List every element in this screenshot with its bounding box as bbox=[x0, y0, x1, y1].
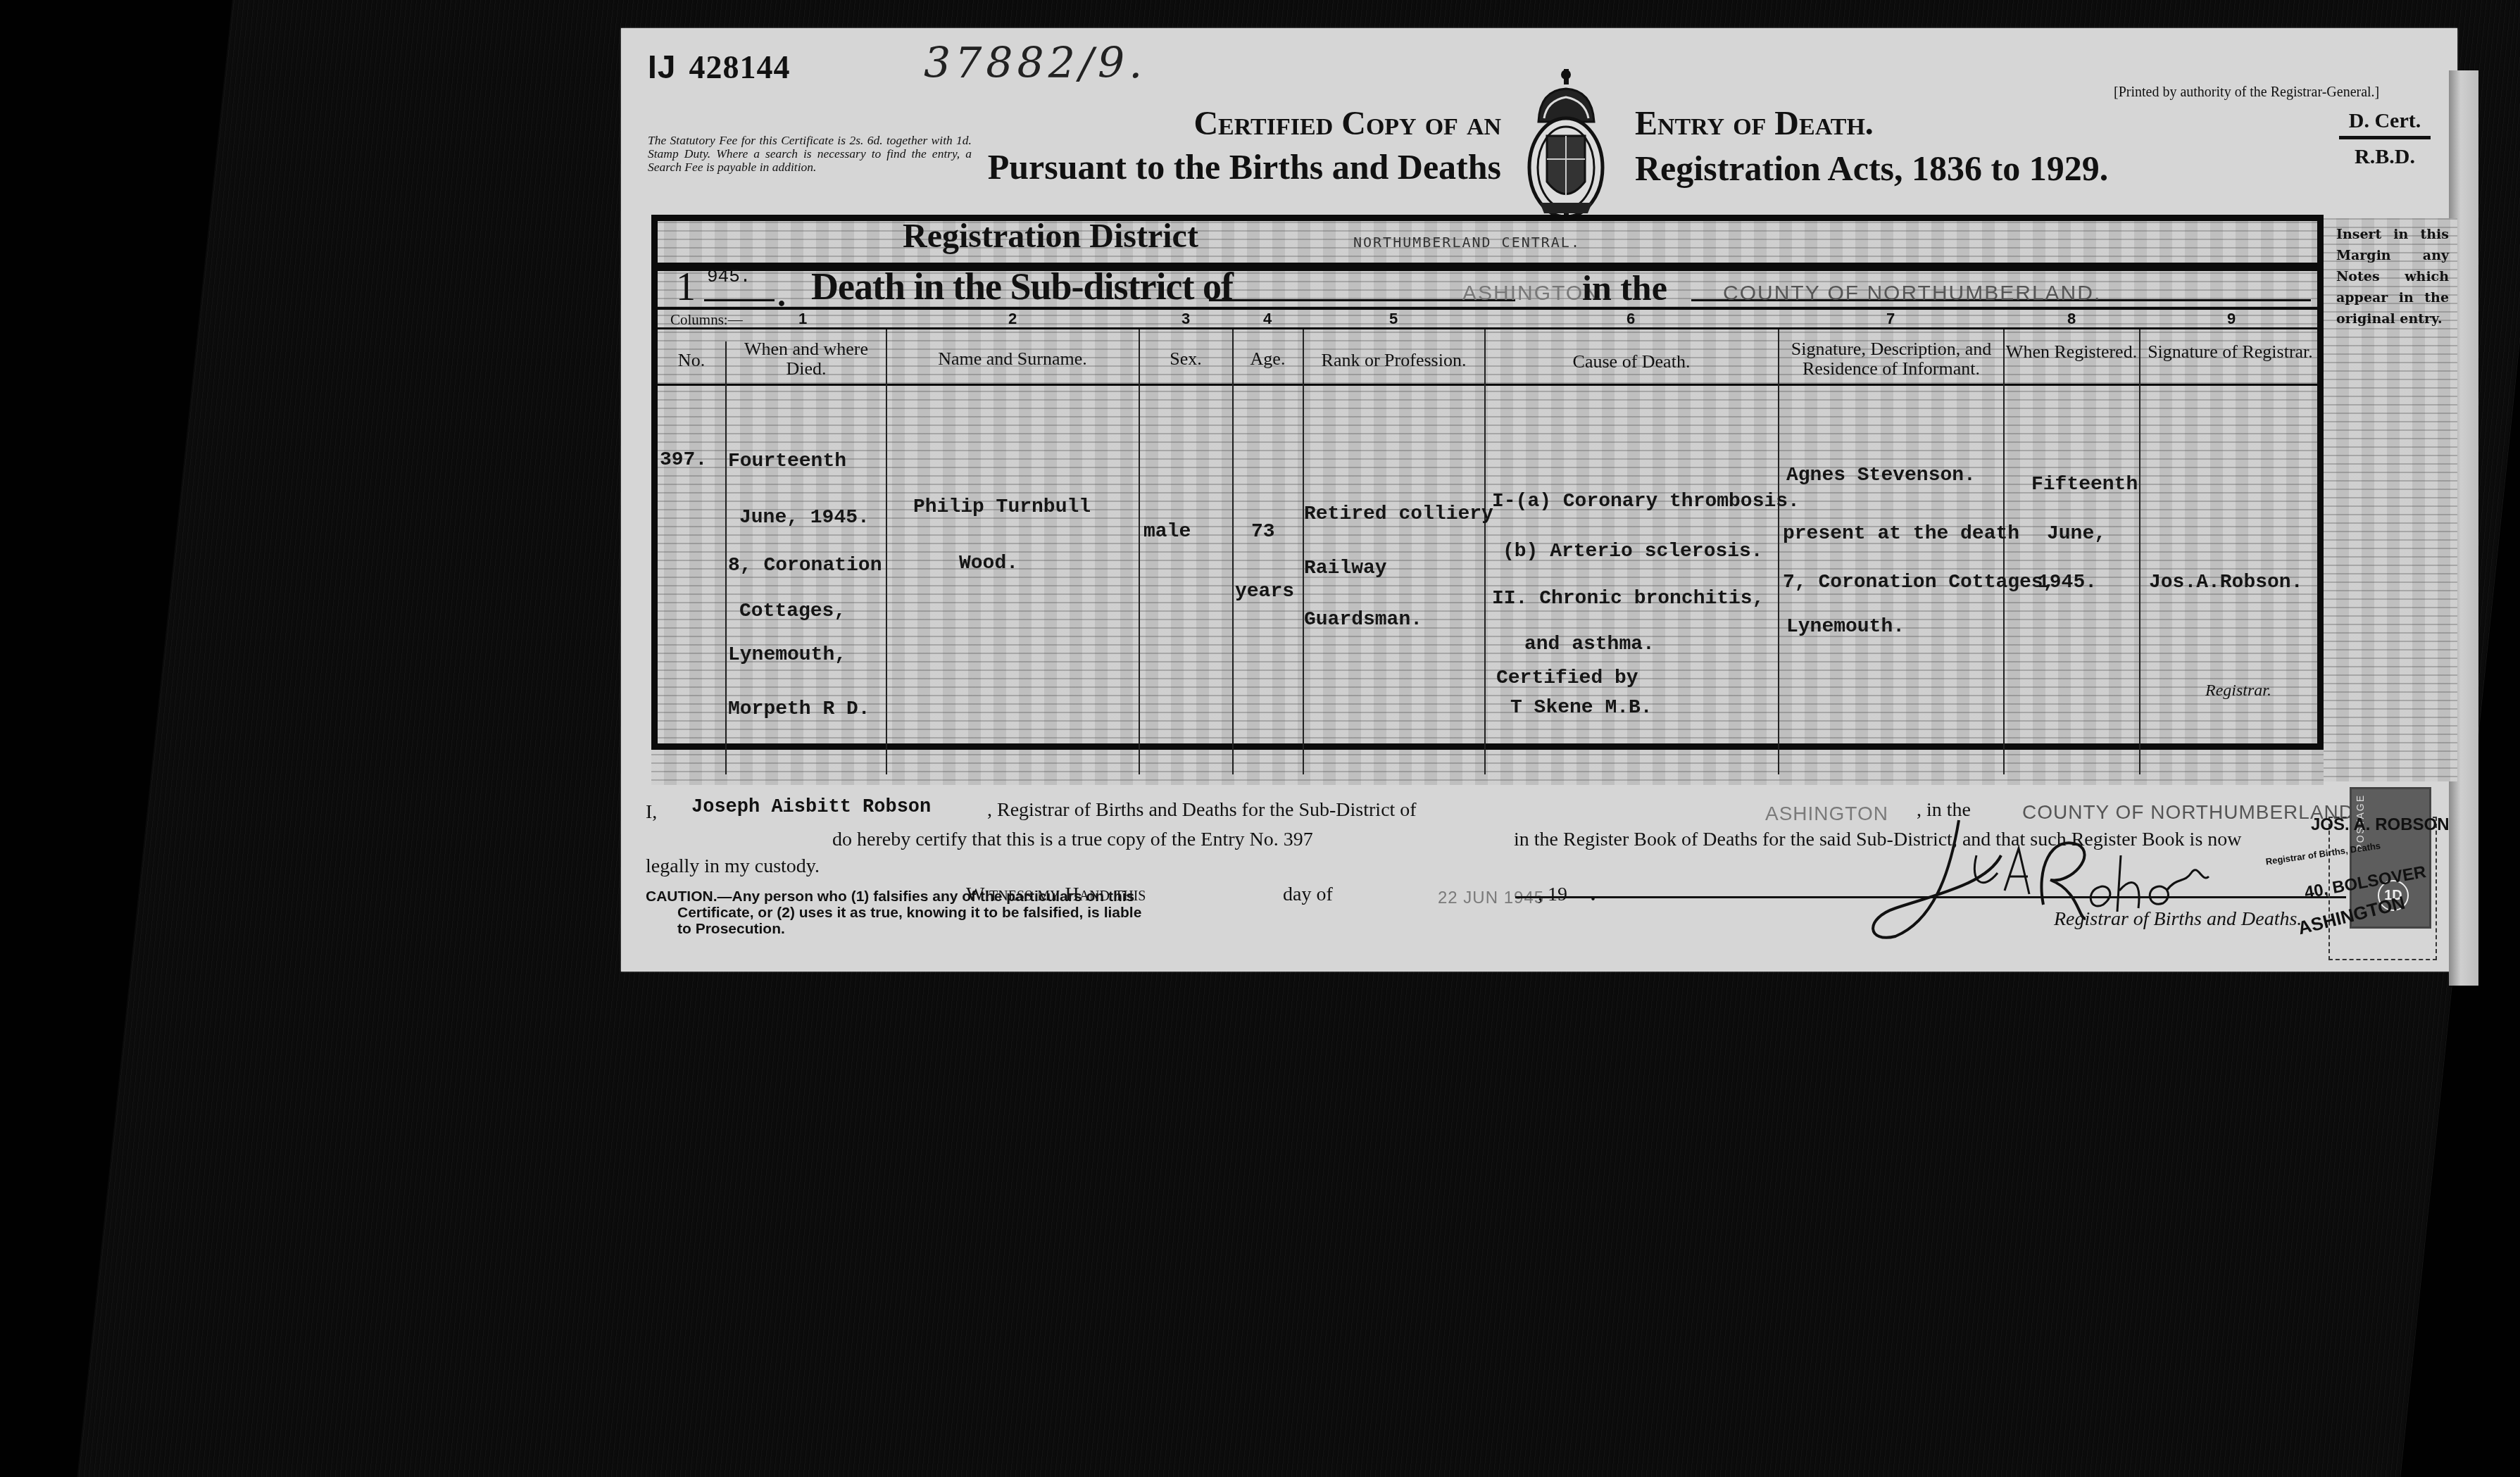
registered-line: June, bbox=[2047, 523, 2106, 545]
column-number: 7 bbox=[1869, 310, 1912, 328]
column-divider bbox=[2003, 329, 2005, 774]
column-header-sex: Sex. bbox=[1140, 349, 1231, 369]
year-value: 945. bbox=[707, 266, 751, 287]
registration-district-label: Registration District bbox=[903, 217, 1198, 256]
cause-line: T Skene M.B. bbox=[1510, 697, 1653, 719]
fee-notice: The Statutory Fee for this Certificate i… bbox=[648, 134, 972, 174]
caution-line: to Prosecution. bbox=[646, 921, 1195, 937]
subdistrict-value: ASHINGTON bbox=[1462, 282, 1600, 306]
column-number: 1 bbox=[782, 310, 824, 328]
columns-label: Columns:— bbox=[670, 311, 743, 329]
registered-line: Fifteenth bbox=[2031, 474, 2138, 496]
when-where-line: 8, Coronation bbox=[728, 555, 882, 577]
caution-notice: CAUTION.—Any person who (1) falsifies an… bbox=[646, 888, 1195, 937]
registered-line: 1945. bbox=[2038, 572, 2097, 593]
when-where-line: Lynemouth, bbox=[728, 644, 846, 666]
registrar-signature-typed: Jos.A.Robson. bbox=[2149, 572, 2302, 593]
handwritten-reference: 37882/9. bbox=[924, 39, 1146, 88]
deceased-name-line: Philip Turnbull bbox=[913, 496, 1091, 518]
certify-line2a: do hereby certify that this is a true co… bbox=[832, 829, 1313, 851]
deceased-name-line: Wood. bbox=[959, 553, 1018, 574]
printed-authority: [Printed by authority of the Registrar-G… bbox=[2114, 84, 2379, 101]
royal-coat-of-arms-icon bbox=[1526, 69, 1607, 232]
cause-line: I-(a) Coronary thrombosis. bbox=[1492, 491, 1800, 513]
column-divider bbox=[1232, 329, 1234, 774]
column-number: 2 bbox=[991, 310, 1034, 328]
age-unit: years bbox=[1235, 581, 1294, 603]
form-code-top: D. Cert. bbox=[2339, 109, 2431, 133]
column-number: 6 bbox=[1610, 310, 1652, 328]
column-header-when-registered: When Registered. bbox=[2005, 342, 2138, 362]
serial-number: 428144 bbox=[689, 49, 790, 85]
title-right-line1: Entry of Death. bbox=[1635, 104, 1874, 143]
cause-line: Certified by bbox=[1496, 667, 1638, 689]
column-number: 5 bbox=[1372, 310, 1415, 328]
header-divider bbox=[651, 384, 2324, 386]
column-number: 8 bbox=[2050, 310, 2093, 328]
margin-note: Insert in this Margin any Notes which ap… bbox=[2336, 224, 2449, 329]
caution-line: Certificate, or (2) uses it as true, kno… bbox=[646, 905, 1195, 921]
column-divider bbox=[2139, 329, 2140, 774]
title-left-line2: Pursuant to the Births and Deaths bbox=[973, 146, 1501, 187]
column-header-informant: Signature, Description, and Residence of… bbox=[1779, 339, 2003, 379]
year-prefix: 1 bbox=[676, 265, 696, 310]
county-value: COUNTY OF NORTHUMBERLAND. bbox=[1723, 282, 2101, 306]
registrar-caption: Registrar. bbox=[2205, 681, 2271, 700]
serial-prefix: IJ bbox=[648, 49, 676, 85]
informant-line: 7, Coronation Cottages, bbox=[1783, 572, 2055, 593]
date-stamp: 22 JUN 1945 bbox=[1438, 888, 1544, 908]
informant-line: present at the death bbox=[1783, 523, 2019, 545]
certify-line1: , Registrar of Births and Deaths for the… bbox=[987, 799, 1417, 822]
informant-line: Lynemouth. bbox=[1786, 616, 1905, 638]
age-value: 73 bbox=[1251, 521, 1275, 543]
year-suffix: . bbox=[777, 276, 786, 315]
cause-line: II. Chronic bronchitis, bbox=[1492, 588, 1764, 610]
when-where-line: Cottages, bbox=[739, 601, 846, 622]
column-divider bbox=[725, 341, 727, 774]
profession-line: Railway bbox=[1304, 558, 1387, 579]
sex-value: male bbox=[1143, 521, 1191, 543]
year-dot: . bbox=[1591, 884, 1596, 906]
in-the-label: in the bbox=[1582, 268, 1667, 308]
column-divider bbox=[1303, 329, 1304, 774]
profession-line: Retired colliery bbox=[1304, 503, 1493, 525]
column-divider bbox=[886, 329, 887, 774]
cause-line: (b) Arterio sclerosis. bbox=[1503, 541, 1763, 562]
registration-district-value: NORTHUMBERLAND CENTRAL. bbox=[1353, 234, 1581, 251]
cause-line: and asthma. bbox=[1524, 634, 1655, 655]
certificate-serial: IJ428144 bbox=[648, 48, 790, 86]
registrar-stamp-line: JOS. A. ROBSON bbox=[2311, 815, 2449, 835]
title-left-line1: Certified Copy of an bbox=[1163, 104, 1501, 143]
column-header-no: No. bbox=[658, 351, 725, 370]
death-certificate: IJ428144 37882/9. The Statutory Fee for … bbox=[621, 28, 2457, 972]
registrar-name: Joseph Aisbitt Robson bbox=[691, 797, 931, 818]
column-number: 3 bbox=[1165, 310, 1207, 328]
form-code-bottom: R.B.D. bbox=[2339, 145, 2431, 169]
profession-line: Guardsman. bbox=[1304, 609, 1422, 631]
column-number: 9 bbox=[2210, 310, 2252, 328]
column-divider bbox=[1484, 329, 1486, 774]
year-label: , 19 bbox=[1538, 884, 1567, 906]
entry-number: 397. bbox=[660, 449, 707, 471]
when-where-line: June, 1945. bbox=[739, 507, 870, 529]
column-header-when-where: When and where Died. bbox=[728, 339, 884, 379]
year-underline bbox=[704, 299, 775, 301]
column-divider bbox=[1139, 329, 1140, 774]
certify-i-label: I, bbox=[646, 801, 657, 824]
column-header-name: Name and Surname. bbox=[887, 349, 1138, 369]
when-where-line: Fourteenth bbox=[728, 451, 846, 472]
signature-caption: Registrar of Births and Deaths. bbox=[2054, 908, 2302, 931]
informant-line: Agnes Stevenson. bbox=[1786, 465, 1976, 486]
form-code-divider bbox=[2339, 136, 2431, 139]
day-of-label: day of bbox=[1283, 884, 1333, 906]
when-where-line: Morpeth R D. bbox=[728, 698, 870, 720]
column-header-profession: Rank or Profession. bbox=[1304, 351, 1484, 370]
column-header-age: Age. bbox=[1234, 349, 1302, 369]
subdistrict-label: Death in the Sub-district of bbox=[811, 265, 1233, 308]
column-header-registrar-signature: Signature of Registrar. bbox=[2140, 342, 2320, 362]
title-right-line2: Registration Acts, 1836 to 1929. bbox=[1635, 148, 2108, 189]
column-header-cause: Cause of Death. bbox=[1486, 352, 1777, 372]
caution-line: CAUTION.—Any person who (1) falsifies an… bbox=[646, 888, 1134, 905]
certify-line3: legally in my custody. bbox=[646, 855, 820, 878]
column-divider bbox=[1778, 329, 1779, 774]
column-number: 4 bbox=[1246, 310, 1289, 328]
